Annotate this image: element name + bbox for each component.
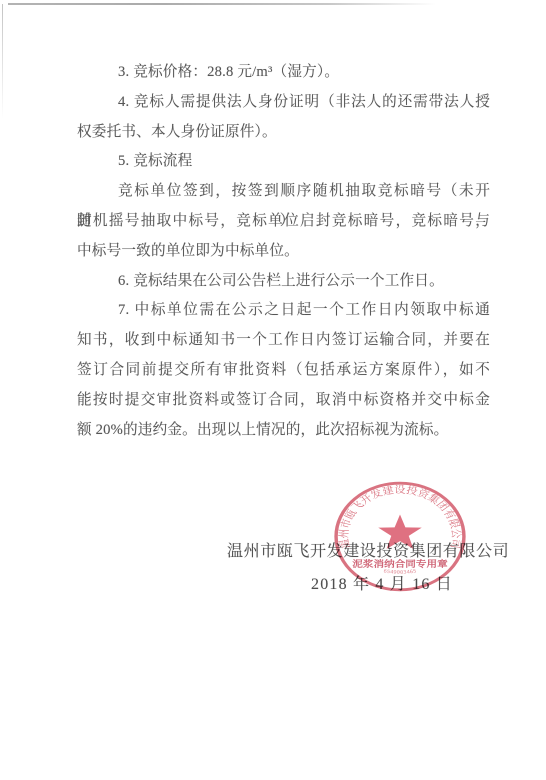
- text-line: 竞标单位签到，按签到顺序随机抽取竞标暗号（未开封），: [77, 177, 490, 207]
- text-line: 7. 中标单位需在公示之日起一个工作日内领取中标通: [77, 296, 490, 326]
- text-line: 4. 竞标人需提供法人身份证明（非法人的还需带法人授: [77, 88, 490, 118]
- text-line: 额 20%的违约金。出现以上情况的，此次招标视为流标。: [77, 416, 490, 446]
- scan-artifact-top-line: [8, 3, 436, 5]
- seal-code-digits: 6549003465: [383, 569, 417, 576]
- text-line: 5. 竞标流程: [77, 147, 490, 177]
- document-body-text: 3. 竞标价格：28.8 元/m³（湿方）。4. 竞标人需提供法人身份证明（非法…: [77, 58, 490, 445]
- text-line: 权委托书、本人身份证原件）。: [77, 118, 490, 148]
- text-line: 随机摇号抽取中标号，竞标单位启封竞标暗号，竞标暗号与: [77, 207, 490, 237]
- scan-artifact-left-line: [2, 4, 3, 119]
- company-seal-stamp: 温州市瓯飞开发建设投资集团有限公司 泥浆消纳合同专用章 6549003465: [331, 479, 469, 594]
- seal-banner-text: 泥浆消纳合同专用章: [352, 558, 448, 570]
- text-line: 能按时提交审批资料或签订合同，取消中标资格并交中标金: [77, 386, 490, 416]
- seal-star-icon: [378, 515, 421, 549]
- text-line: 3. 竞标价格：28.8 元/m³（湿方）。: [77, 58, 490, 88]
- text-line: 中标号一致的单位即为中标单位。: [77, 237, 490, 267]
- text-line: 6. 竞标结果在公司公告栏上进行公示一个工作日。: [77, 267, 490, 297]
- text-line: 知书，收到中标通知书一个工作日内签订运输合同，并要在: [77, 326, 490, 356]
- scanned-document-page: 3. 竞标价格：28.8 元/m³（湿方）。4. 竞标人需提供法人身份证明（非法…: [0, 0, 546, 780]
- text-line: 签订合同前提交所有审批资料（包括承运方案原件），如不: [77, 356, 490, 386]
